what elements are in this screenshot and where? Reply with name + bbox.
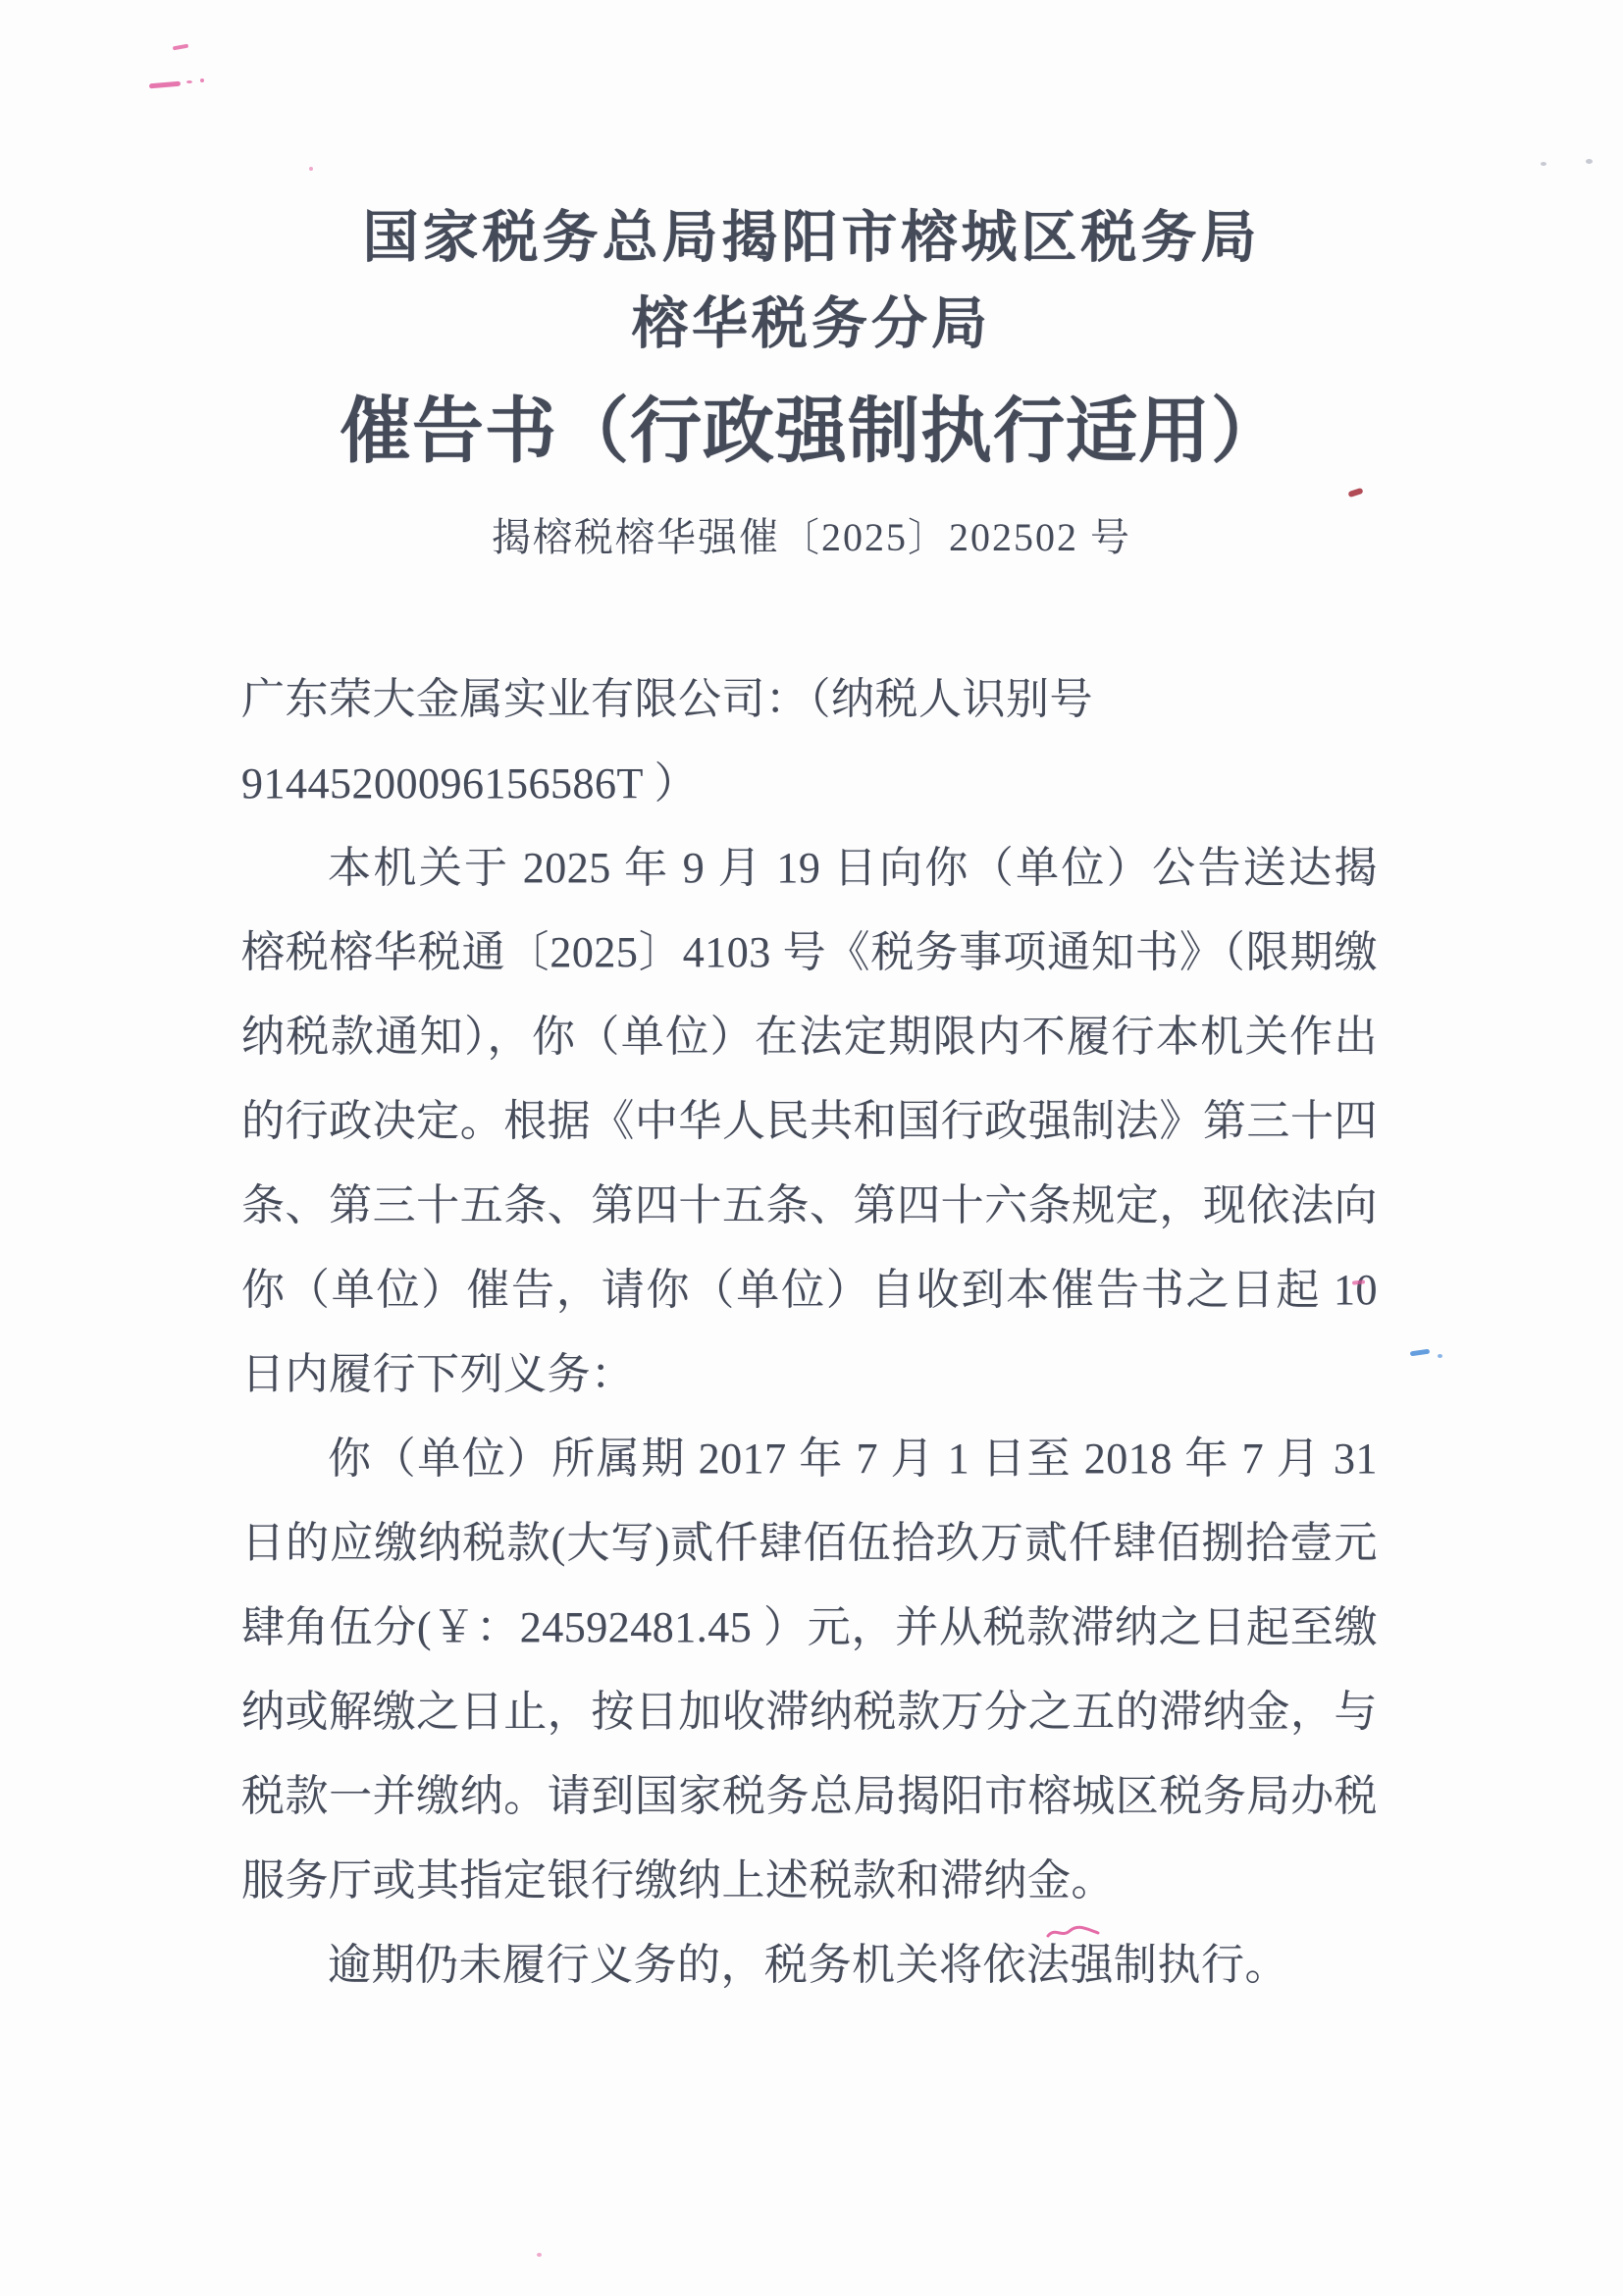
- body-line-enforcement: 逾期仍未履行义务的，税务机关将依法强制执行。: [241, 1923, 1378, 2008]
- body-line: 税款一并缴纳。请到国家税务总局揭阳市榕城区税务局办税: [241, 1754, 1378, 1839]
- issuing-authority-line2: 榕华税务分局: [0, 294, 1623, 356]
- body-line-period: 你（单位）所属期 2017 年 7 月 1 日至 2018 年 7 月 31: [241, 1417, 1378, 1501]
- body-line-taxpayer: 广东荣大金属实业有限公司：（纳税人识别号: [241, 657, 1378, 742]
- scan-artifact-red-dash: [1347, 488, 1363, 497]
- body-line: 纳或解缴之日止，按日加收滞纳税款万分之五的滞纳金，与: [241, 1670, 1378, 1754]
- body-line: 榕税榕华税通〔2025〕4103 号《税务事项通知书》（限期缴: [241, 911, 1378, 995]
- scanned-tax-notice-page: 国家税务总局揭阳市榕城区税务局 榕华税务分局 催告书（行政强制执行适用） 揭榕税…: [0, 0, 1623, 2296]
- scan-artifact-pink-squiggle: [149, 81, 181, 89]
- scan-artifact-pink-dash: [173, 44, 188, 51]
- scan-artifact-speck: [309, 167, 313, 171]
- body-line: 你（单位）催告，请你（单位）自收到本催告书之日起 10: [241, 1248, 1378, 1332]
- scan-artifact-speck: [1586, 159, 1593, 164]
- body-line-amount-words: 日的应缴纳税款(大写)贰仟肆佰伍拾玖万贰仟肆佰捌拾壹元: [241, 1501, 1378, 1586]
- scan-artifact-blue-speck: [1438, 1354, 1442, 1358]
- body-line: 服务厅或其指定银行缴纳上述税款和滞纳金。: [241, 1839, 1378, 1923]
- body-line: 纳税款通知），你（单位）在法定期限内不履行本机关作出: [241, 995, 1378, 1079]
- scan-artifact-pink-speck: [186, 80, 192, 83]
- body-line: 本机关于 2025 年 9 月 19 日向你（单位）公告送达揭: [241, 826, 1378, 911]
- document-number: 揭榕税榕华强催〔2025〕202502 号: [0, 514, 1623, 561]
- body-line: 的行政决定。根据《中华人民共和国行政强制法》第三十四: [241, 1079, 1378, 1164]
- body-line: 条、第三十五条、第四十五条、第四十六条规定，现依法向: [241, 1164, 1378, 1248]
- scan-artifact-pink-speck: [200, 78, 204, 82]
- issuing-authority-line1: 国家税务总局揭阳市榕城区税务局: [0, 208, 1623, 270]
- scan-artifact-speck: [537, 2253, 542, 2257]
- document-body: 广东荣大金属实业有限公司：（纳税人识别号 91445200096156586T …: [241, 657, 1378, 2008]
- scan-artifact-speck: [1541, 162, 1546, 166]
- body-line: 日内履行下列义务：: [241, 1332, 1378, 1417]
- document-title: 催告书（行政强制执行适用）: [0, 391, 1623, 473]
- body-line-taxpayer-id: 91445200096156586T ）: [241, 742, 1378, 826]
- body-line-amount-figure: 肆角伍分(￥：24592481.45 ）元，并从税款滞纳之日起至缴: [241, 1586, 1378, 1670]
- scan-artifact-blue-dash: [1410, 1349, 1431, 1357]
